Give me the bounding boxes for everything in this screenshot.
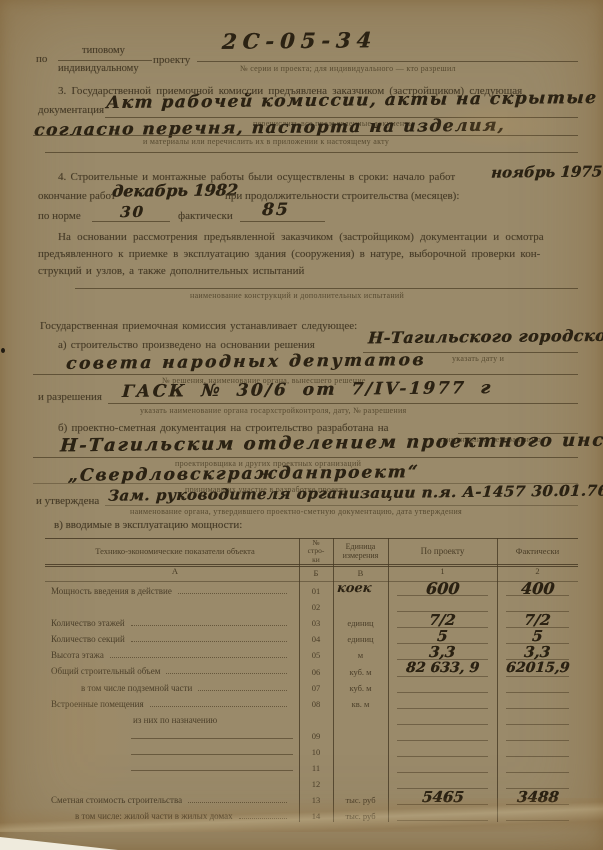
basis-line3: струкций и узлов, а также дополнительных…	[38, 265, 304, 277]
row-label: Мощность введения в действие	[51, 582, 172, 596]
row-num: 04	[312, 634, 321, 644]
dot-leader	[150, 706, 287, 707]
po-label: по	[36, 53, 47, 65]
basis-line2: предъявленного к приемке в эксплуатацию …	[38, 248, 540, 260]
table-row: Высота этажа 05 м 3,3 3,3	[45, 646, 578, 662]
item-b-handwritten-3: Зам. руководителя организации п.я. А-145…	[107, 481, 603, 504]
row-project-value: 82 633, 9	[405, 660, 479, 676]
row-actual-value: 62015,9	[505, 660, 570, 676]
end-label: окончание работ	[38, 190, 116, 202]
item-v-label: в) вводимые в эксплуатацию мощности:	[54, 519, 242, 531]
end-date-handwritten: декабрь 1982	[111, 180, 238, 200]
fact-line	[240, 221, 325, 222]
item-a-caption-1: указать дату и	[452, 354, 504, 363]
row-unit: тыс. руб	[345, 811, 375, 821]
table-row: Общий строительный объем 06 куб. м 82 63…	[45, 662, 578, 678]
permission-label: и разрешения	[38, 391, 102, 403]
section3-caption-2: и материалы или перечислить их в приложе…	[143, 137, 389, 146]
table-row: из них по назначению	[45, 711, 578, 727]
duration-label: при продолжительности строительства (мес…	[225, 190, 459, 202]
basis-line1: На основании рассмотрения предъявленной …	[58, 231, 544, 243]
table-row: Количество секций 04 единиц 5 5	[45, 630, 578, 646]
item-a-caption-3: указать наименование органа госархстройк…	[140, 406, 407, 415]
scan-corner	[0, 837, 118, 850]
commission-line: Государственная приемочная комиссия уста…	[40, 320, 357, 332]
header-indicators: Технико-экономические показатели объекта	[45, 539, 299, 564]
project-number-caption: № серии и проекта; для индивидуального —…	[240, 64, 456, 73]
project-number-line	[197, 61, 578, 62]
norm-line	[92, 221, 170, 222]
capacities-table: Технико-экономические показатели объекта…	[45, 538, 578, 822]
table-row: 12	[45, 775, 578, 791]
row-num: 13	[312, 795, 321, 805]
row-num: 12	[312, 779, 321, 789]
header-line-no: № стро- ки	[299, 539, 333, 564]
row-label: Сметная стоимость строительства	[51, 791, 182, 805]
row-unit: единиц	[347, 634, 373, 644]
table-row: 02	[45, 598, 578, 614]
item-b-line-1	[33, 457, 578, 458]
fact-value-handwritten: 85	[261, 200, 290, 220]
row-project-value: 600	[425, 579, 460, 598]
approved-label: и утверждена	[36, 495, 99, 507]
project-word: проекту	[153, 54, 190, 66]
row-num: 05	[312, 650, 321, 660]
item-a-line-2	[33, 374, 578, 375]
header-project: По проекту	[388, 539, 497, 564]
dot-leader	[131, 625, 287, 626]
item-b-line-3	[105, 505, 578, 506]
row-label: из них по назначению	[133, 711, 217, 725]
row-unit-handwritten: коек	[332, 581, 388, 596]
typical-label: типовому	[82, 45, 125, 56]
dot-leader	[166, 673, 287, 674]
start-date-handwritten: ноябрь 1975 г	[490, 162, 603, 181]
row-num: 09	[312, 731, 321, 741]
row-label: Количество секций	[51, 630, 125, 644]
row-unit: тыс. руб	[345, 795, 375, 805]
item-a-line-3	[108, 403, 578, 404]
row-unit: единиц	[347, 618, 373, 628]
dot-leader	[131, 641, 287, 642]
table-subheader-row: А Б В 1 2	[45, 567, 578, 582]
fraction-line	[58, 60, 152, 61]
header-unit: Единица измерения	[333, 543, 388, 561]
section3-line-b	[33, 135, 578, 136]
row-unit: м	[358, 650, 363, 660]
documentation-label: документация	[38, 104, 104, 116]
row-unit: куб. м	[349, 667, 371, 677]
table-row: 11	[45, 759, 578, 775]
row-num: 14	[312, 811, 321, 821]
header-actual: Фактически	[497, 539, 578, 564]
basis-caption: наименование конструкций и дополнительны…	[190, 291, 404, 300]
item-a-handwritten-1: Н-Тагильского городского	[367, 326, 603, 348]
table-row: 09	[45, 727, 578, 743]
table-row: в том числе подземной части 07 куб. м	[45, 679, 578, 695]
subheader-v: В	[333, 569, 388, 579]
row-actual-value: 3488	[516, 788, 559, 806]
table-header-row: Технико-экономические показатели объекта…	[45, 538, 578, 567]
item-a-label: а) строительство произведено на основани…	[58, 339, 315, 351]
row-num: 06	[312, 667, 321, 677]
section3-line-c	[45, 152, 578, 153]
row-num: 01	[312, 586, 321, 596]
subheader-b: Б	[299, 569, 333, 579]
table-row: Мощность введения в действие 01 коек 600…	[45, 582, 578, 598]
subheader-a: А	[45, 567, 299, 581]
table-row: Сметная стоимость строительства 13 тыс. …	[45, 791, 578, 807]
row-num: 02	[312, 602, 321, 612]
blank-fill-line	[131, 738, 293, 739]
row-actual-value: 3,3	[524, 643, 552, 661]
row-label: в том числе подземной части	[81, 679, 192, 693]
row-label: Общий строительный объем	[51, 662, 160, 676]
dot-leader	[198, 690, 287, 691]
row-label: Высота этажа	[51, 646, 104, 660]
row-num: 08	[312, 699, 321, 709]
basis-blank-line	[75, 288, 578, 289]
ink-speck	[1, 348, 5, 353]
norm-value-handwritten: 30	[119, 203, 145, 221]
table-row: Количество этажей 03 единиц 7/2 7/2	[45, 614, 578, 630]
row-label: в том числе: жилой части в жилых домах	[75, 807, 233, 821]
row-unit: куб. м	[349, 683, 371, 693]
dot-leader	[110, 657, 287, 658]
row-num: 07	[312, 683, 321, 693]
individual-label: индивидуальному	[58, 63, 139, 74]
row-num: 03	[312, 618, 321, 628]
dot-leader	[178, 593, 287, 594]
row-unit: кв. м	[352, 699, 370, 709]
fact-label: фактически	[178, 210, 233, 222]
dot-leader	[239, 818, 287, 819]
row-label: Встроенные помещения	[51, 695, 144, 709]
row-project-value: 5465	[421, 788, 464, 806]
item-a-handwritten-3: ГАСК № 30/6 от 7/IV-1977 г	[121, 378, 493, 402]
table-row: в том числе: жилой части в жилых домах 1…	[45, 807, 578, 823]
table-row: Встроенные помещения 08 кв. м	[45, 695, 578, 711]
blank-fill-line	[131, 754, 293, 755]
row-actual-value: 400	[520, 579, 555, 598]
norm-label: по норме	[38, 210, 81, 222]
blank-fill-line	[131, 770, 293, 771]
row-num: 10	[312, 747, 321, 757]
row-label: Количество этажей	[51, 614, 125, 628]
table-row: 10	[45, 743, 578, 759]
row-project-value: 3,3	[429, 643, 457, 661]
row-num: 11	[312, 763, 320, 773]
dot-leader	[188, 802, 287, 803]
item-b-caption-4: наименование органа, утвердившего проект…	[130, 507, 462, 516]
scanned-act-document: по типовому индивидуальному проекту 2С-0…	[0, 0, 603, 850]
item-a-handwritten-2: совета народных депутатов	[65, 350, 426, 374]
project-number-handwritten: 2С-05-34	[221, 27, 378, 54]
